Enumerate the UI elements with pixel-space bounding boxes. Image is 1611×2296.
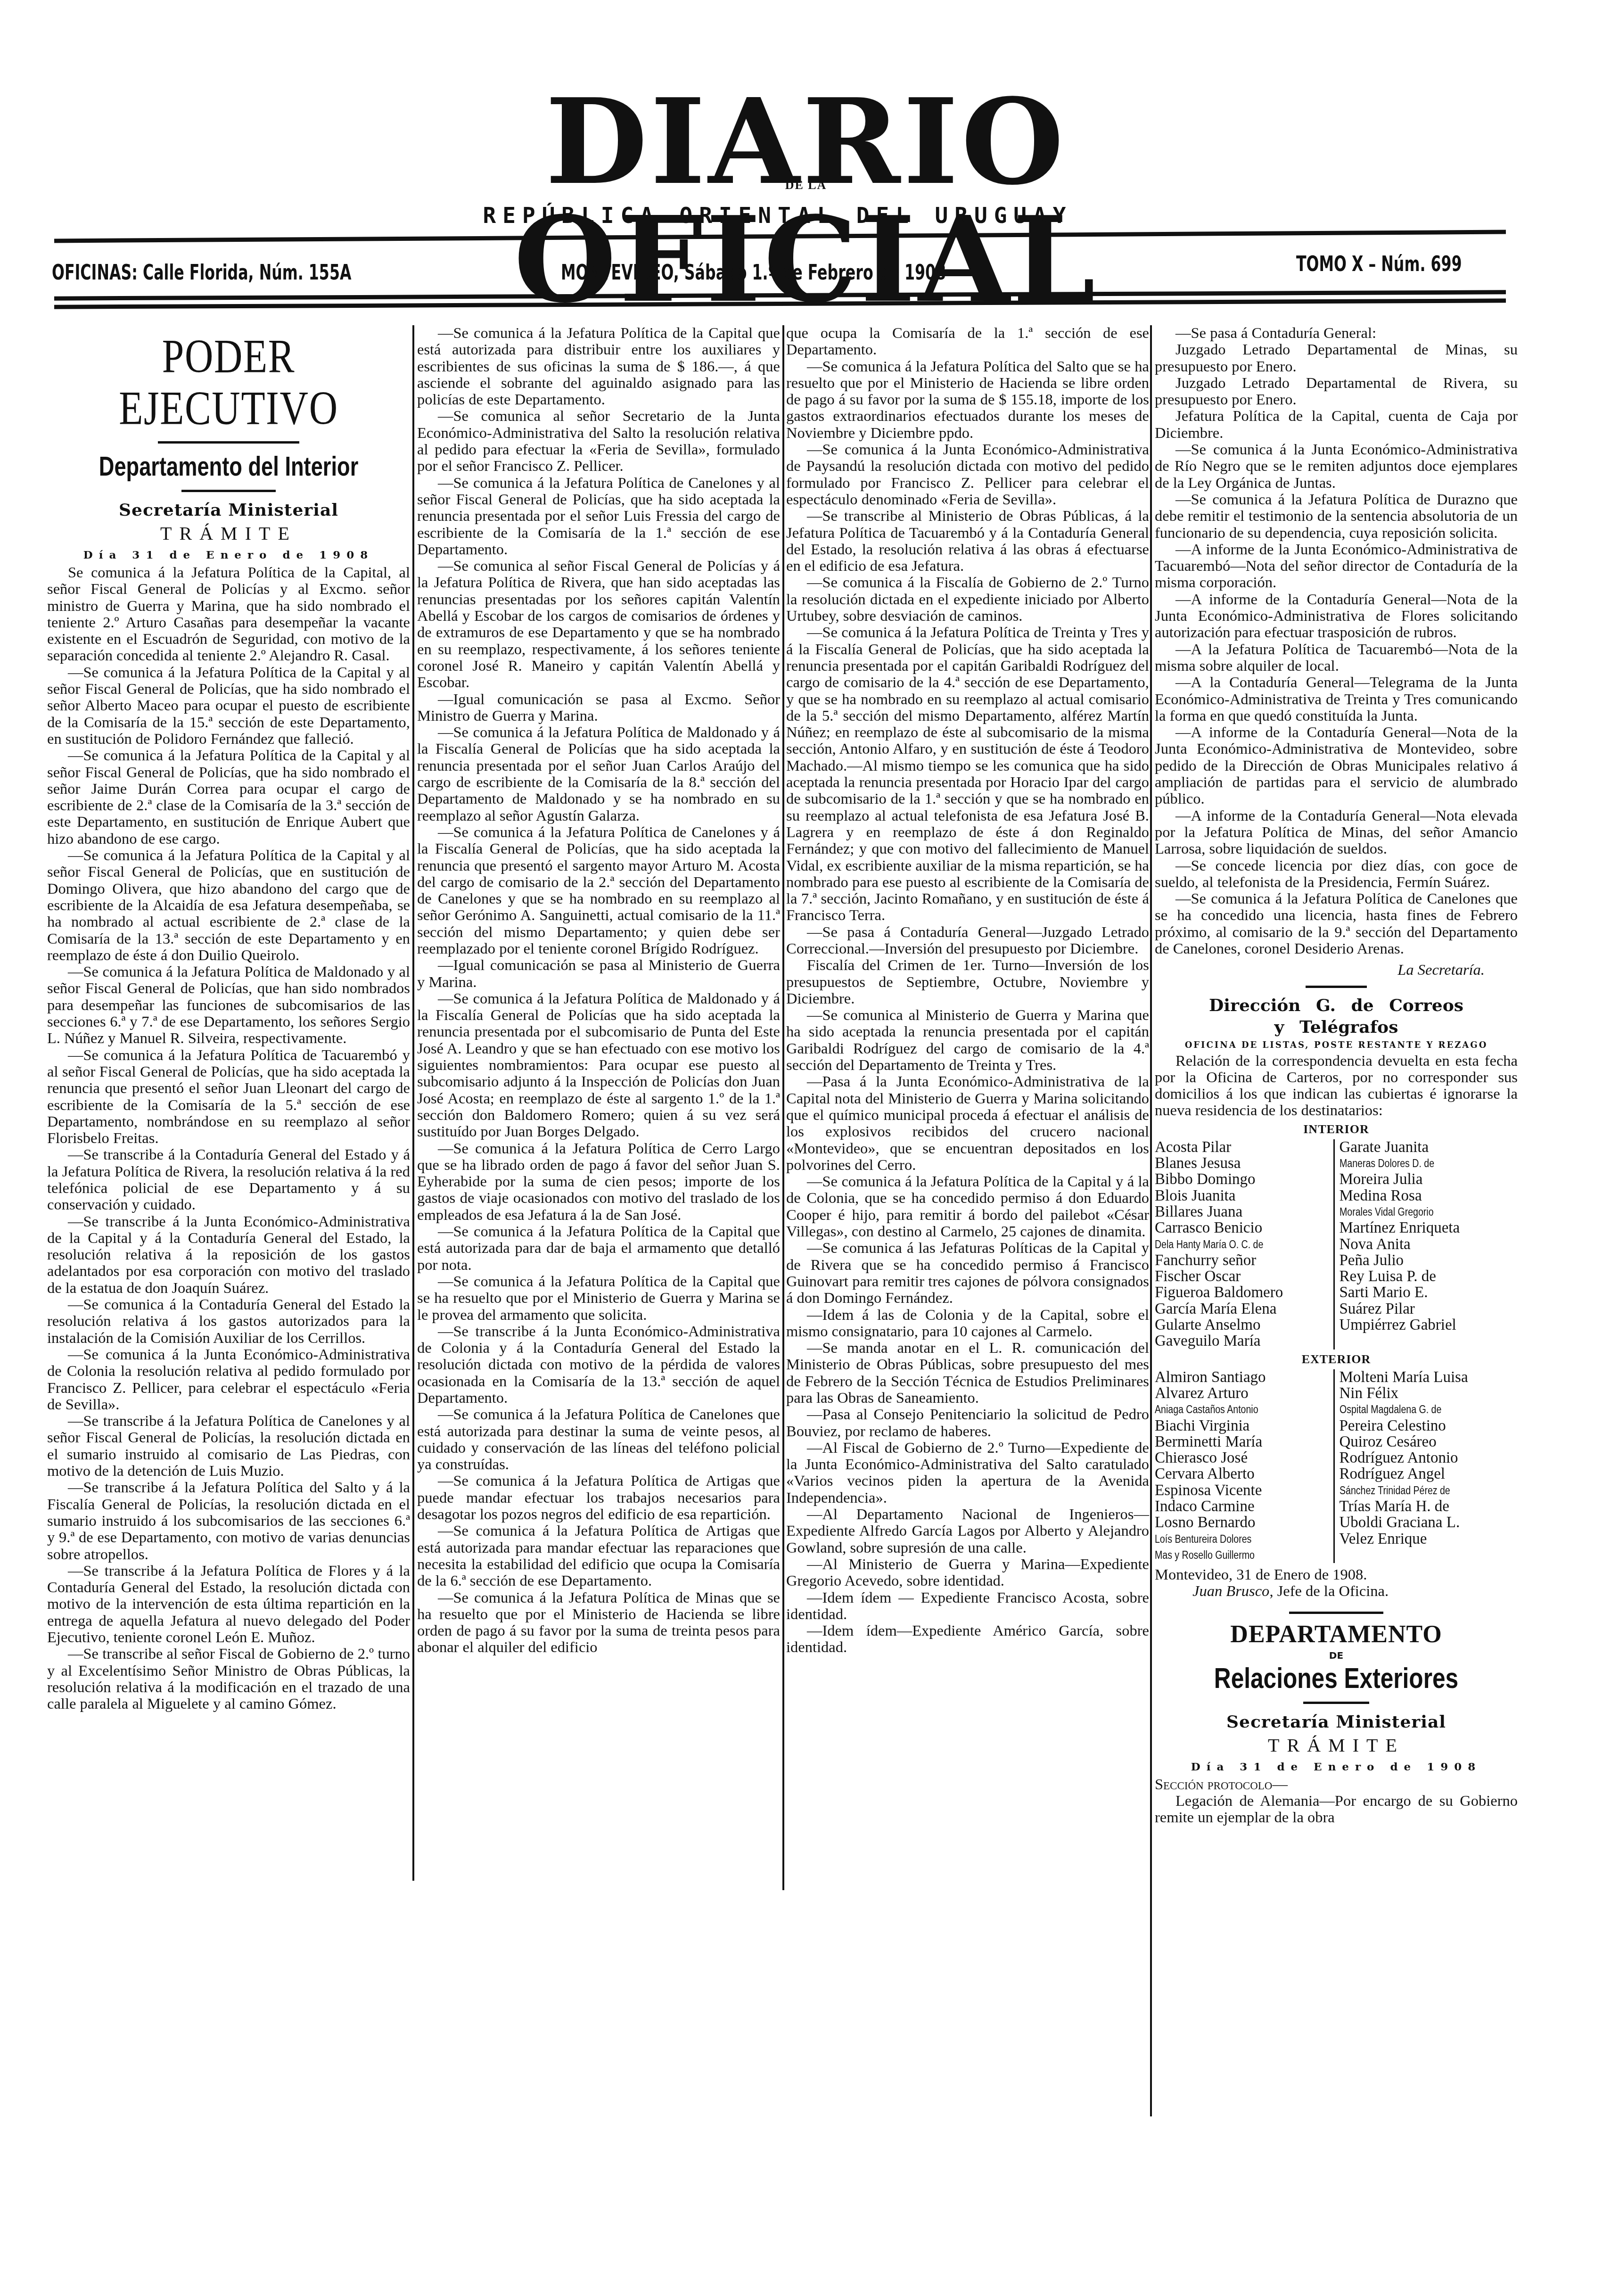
list-item: Dela Hanty María O. C. de [1155, 1236, 1307, 1252]
list-item: Maneras Dolores D. de [1340, 1155, 1491, 1171]
article-paragraph: —Se comunica á la Jefatura Política de M… [417, 1590, 780, 1656]
article-paragraph: —Se comunica á la Jefatura Política de C… [417, 475, 780, 558]
article-paragraph: —Pasa al Consejo Penitenciario la solici… [786, 1407, 1149, 1440]
correos-heading-line2: y Telégrafos [1155, 1016, 1518, 1038]
continued-paragraph: que ocupa la Comisaría de la 1.ª sección… [786, 325, 1149, 359]
article-paragraph: —Se comunica á la Jefatura Política de C… [417, 824, 780, 957]
list-item: Cervara Alberto [1155, 1466, 1333, 1482]
signature-line: Juan Brusco, Jefe de la Oficina. [1155, 1583, 1518, 1600]
article-paragraph: —Se pasa á Contaduría General: [1155, 325, 1518, 342]
article-paragraph: —Al Departamento Nacional de Ingenieros—… [786, 1506, 1149, 1556]
article-paragraph: —Se comunica á la Junta Económico-Admini… [786, 442, 1149, 508]
list-item: García María Elena [1155, 1301, 1333, 1317]
correos-heading-line1: Dirección G. de Correos [1155, 995, 1518, 1016]
list-item: Uboldi Graciana L. [1340, 1514, 1518, 1531]
divider [181, 490, 276, 492]
department-heading: Departamento del Interior [87, 450, 370, 483]
list-item: Umpiérrez Gabriel [1340, 1317, 1518, 1333]
article-paragraph: —Se transcribe á la Jefatura Política de… [47, 1480, 410, 1563]
dateline: MONTEVIDEO, Sábado 1.º de Febrero de 190… [561, 261, 946, 285]
list-item: Peña Julio [1340, 1252, 1518, 1268]
list-item: Loís Bentureira Dolores [1155, 1531, 1307, 1547]
signer-title: , Jefe de la Oficina. [1269, 1583, 1389, 1600]
article-paragraph: —Se comunica á la Jefatura Política de M… [417, 991, 780, 1141]
article-paragraph: —Se manda anotar en el L. R. comunicació… [786, 1340, 1149, 1407]
list-item: Garate Juanita [1340, 1139, 1518, 1155]
list-item: Nin Félix [1340, 1385, 1518, 1401]
article-paragraph: —Se transcribe á la Junta Económico-Admi… [47, 1214, 410, 1297]
list-item: Acosta Pilar [1155, 1139, 1333, 1155]
list-item: Billares Juana [1155, 1204, 1333, 1220]
article-paragraph: —Se comunica al Ministerio de Guerra y M… [786, 1007, 1149, 1074]
article-paragraph: —Se comunica á la Jefatura Política de C… [417, 1407, 780, 1473]
volume-number: TOMO X – Núm. 699 [1296, 252, 1462, 276]
list-item: Carrasco Benicio [1155, 1220, 1333, 1236]
article-paragraph: —Se comunica á la Jefatura Política de T… [786, 625, 1149, 924]
interior-label: INTERIOR [1155, 1119, 1518, 1139]
divider [158, 441, 299, 444]
article-paragraph: —Igual comunicación se pasa al Ministeri… [417, 957, 780, 991]
list-item: Fischer Oscar [1155, 1268, 1333, 1284]
masthead: DIARIO OFICIAL DE LA REPÚBLICA ORIENTAL … [0, 0, 1611, 325]
article-paragraph: Juzgado Letrado Departamental de Minas, … [1155, 342, 1518, 375]
list-item: Alvarez Arturo [1155, 1385, 1333, 1401]
article-paragraph: Legación de Alemania—Por encargo de su G… [1155, 1793, 1518, 1827]
column-1: PODER EJECUTIVO Departamento del Interio… [47, 325, 410, 1712]
article-paragraph: Se comunica á la Jefatura Política de la… [47, 565, 410, 665]
list-item: Indaco Carmine [1155, 1498, 1333, 1514]
column-4: —Se pasa á Contaduría General: Juzgado L… [1155, 325, 1518, 1827]
column-divider-3 [1150, 325, 1152, 2116]
signer-name: Juan Brusco [1192, 1583, 1269, 1600]
correos-office-label: OFICINA DE LISTAS, POSTE RESTANTE Y REZA… [1155, 1038, 1518, 1053]
list-item: Blois Juanita [1155, 1188, 1333, 1204]
article-paragraph: —Se comunica á la Jefatura Política de l… [786, 1174, 1149, 1240]
list-item: Medina Rosa [1340, 1188, 1518, 1204]
list-item: Morales Vidal Gregorio [1340, 1204, 1491, 1220]
list-item: Rey Luisa P. de [1340, 1268, 1518, 1284]
list-item: Moreira Julia [1340, 1171, 1518, 1187]
relaciones-heading-main: Relaciones Exteriores [1191, 1662, 1481, 1695]
list-item: Suárez Pilar [1340, 1301, 1518, 1317]
list-item: Almiron Santiago [1155, 1369, 1333, 1385]
article-paragraph: —Igual comunicación se pasa al Excmo. Se… [417, 691, 780, 725]
exterior-names-list: Almiron Santiago Alvarez Arturo Aniaga C… [1155, 1369, 1518, 1564]
article-paragraph: —Se comunica á la Jefatura Política de l… [417, 1274, 780, 1324]
article-paragraph: —Se comunica á la Contaduría General del… [47, 1297, 410, 1347]
article-paragraph: —Se comunica á la Jefatura Política de C… [1155, 891, 1518, 957]
article-paragraph: —A informe de la Contaduría General—Nota… [1155, 808, 1518, 858]
list-item: Berminetti María [1155, 1434, 1333, 1450]
article-paragraph: —A la Jefatura Política de Tacuarembó—No… [1155, 642, 1518, 675]
list-item: Ospital Magdalena G. de [1340, 1401, 1491, 1417]
list-item: Biachi Virginia [1155, 1418, 1333, 1434]
article-paragraph: —Se transcribe á la Contaduría General d… [47, 1147, 410, 1213]
divider [1306, 986, 1367, 988]
relaciones-heading-de: DE [1155, 1649, 1518, 1662]
article-paragraph: —A la Contaduría General—Telegrama de la… [1155, 675, 1518, 724]
article-paragraph: —Se comunica al señor Fiscal General de … [417, 558, 780, 691]
article-paragraph: —Se comunica á la Junta Económico-Admini… [1155, 442, 1518, 492]
list-item: Quiroz Cesáreo [1340, 1434, 1518, 1450]
list-item: Sarti Mario E. [1340, 1284, 1518, 1300]
list-item: Gaveguilo María [1155, 1333, 1333, 1349]
list-item: Espinosa Vicente [1155, 1482, 1333, 1498]
article-paragraph: —Se pasa á Contaduría General—Juzgado Le… [786, 924, 1149, 958]
article-paragraph: —Se comunica á la Jefatura Política de A… [417, 1523, 780, 1589]
column-3: que ocupa la Comisaría de la 1.ª sección… [786, 325, 1149, 1656]
list-item: Nova Anita [1340, 1236, 1518, 1252]
article-paragraph: —Se comunica á la Jefatura Política de C… [417, 1141, 780, 1224]
article-paragraph: —Se comunica á la Jefatura Política de M… [47, 964, 410, 1047]
article-paragraph: —Se comunica á la Jefatura Política de A… [417, 1473, 780, 1523]
article-paragraph: —Se transcribe á la Jefatura Política de… [47, 1563, 410, 1646]
article-paragraph: —A informe de la Contaduría General—Nota… [1155, 592, 1518, 642]
article-paragraph: —Idem ídem — Expediente Francisco Acosta… [786, 1590, 1149, 1623]
secretaria-heading: Secretaría Ministerial [47, 499, 410, 521]
list-item: Rodríguez Angel [1340, 1466, 1518, 1482]
list-item: Rodríguez Antonio [1340, 1450, 1518, 1466]
exterior-names-right: Molteni María Luisa Nin Félix Ospital Ma… [1333, 1369, 1518, 1564]
column-divider-2 [782, 325, 784, 1890]
list-item: Figueroa Baldomero [1155, 1284, 1333, 1300]
list-item: Molteni María Luisa [1340, 1369, 1518, 1385]
signature-la-secretaria: La Secretaría. [1155, 962, 1518, 979]
relaciones-heading-top: DEPARTAMENTO [1155, 1621, 1518, 1649]
list-item: Mas y Rosello Guillermo [1155, 1547, 1307, 1563]
subtitle-de-la: DE LA [735, 178, 877, 192]
article-paragraph: —Idem ídem—Expediente Américo García, so… [786, 1623, 1149, 1656]
article-paragraph: —Se comunica á la Jefatura Política de l… [47, 848, 410, 964]
list-item: Aniaga Castaños Antonio [1155, 1401, 1307, 1417]
article-paragraph: —Al Ministerio de Guerra y Marina—Expedi… [786, 1556, 1149, 1590]
article-paragraph: —Se transcribe al Ministerio de Obras Pú… [786, 508, 1149, 575]
article-paragraph: —A informe de la Junta Económico-Adminis… [1155, 542, 1518, 592]
article-paragraph: —Se comunica á la Jefatura Política de l… [417, 1224, 780, 1274]
article-paragraph: —Se comunica á la Jefatura Política de D… [1155, 492, 1518, 542]
list-item: Blanes Jesusa [1155, 1155, 1333, 1171]
article-paragraph: —Al Fiscal de Gobierno de 2.º Turno—Expe… [786, 1440, 1149, 1506]
list-item: Sánchez Trinidad Pérez de [1340, 1482, 1491, 1498]
list-item: Chierasco José [1155, 1450, 1333, 1466]
list-item: Gularte Anselmo [1155, 1317, 1333, 1333]
article-paragraph: —Pasa á la Junta Económico-Administrativ… [786, 1074, 1149, 1174]
list-item: Martínez Enriqueta [1340, 1220, 1518, 1236]
article-paragraph: —Se comunica á la Jefatura Política del … [786, 359, 1149, 442]
offices-address: OFICINAS: Calle Florida, Núm. 155A [52, 261, 351, 285]
section-heading-poder-ejecutivo: PODER EJECUTIVO [80, 331, 377, 435]
date-heading: Día 31 de Enero de 1908 [47, 546, 410, 565]
column-divider-1 [412, 325, 414, 1881]
article-paragraph: —A informe de la Contaduría General—Nota… [1155, 724, 1518, 807]
masthead-info-bar: OFICINAS: Calle Florida, Núm. 155A MONTE… [52, 252, 1489, 285]
interior-names-right: Garate Juanita Maneras Dolores D. de Mor… [1333, 1139, 1518, 1350]
relaciones-section-label: Sección protocolo— [1155, 1777, 1518, 1793]
divider [1289, 1612, 1383, 1614]
relaciones-secretaria: Secretaría Ministerial [1155, 1711, 1518, 1733]
interior-names-list: Acosta Pilar Blanes Jesusa Bibbo Domingo… [1155, 1139, 1518, 1350]
article-paragraph: Juzgado Letrado Departamental de Rivera,… [1155, 375, 1518, 409]
place-date: Montevideo, 31 de Enero de 1908. [1155, 1567, 1518, 1583]
article-paragraph: —Se comunica á las Jefaturas Políticas d… [786, 1240, 1149, 1307]
correos-intro: Relación de la correspondencia devuelta … [1155, 1053, 1518, 1119]
list-item: Pereira Celestino [1340, 1418, 1518, 1434]
article-paragraph: —Se comunica á la Jefatura Política de T… [47, 1047, 410, 1147]
relaciones-date: Día 31 de Enero de 1908 [1155, 1758, 1518, 1777]
exterior-names-left: Almiron Santiago Alvarez Arturo Aniaga C… [1155, 1369, 1333, 1564]
column-2: —Se comunica á la Jefatura Política de l… [417, 325, 780, 1656]
list-item: Velez Enrique [1340, 1531, 1518, 1547]
list-item: Fanchurry señor [1155, 1252, 1333, 1268]
article-paragraph: —Se comunica á la Jefatura Política de l… [47, 748, 410, 848]
exterior-label: EXTERIOR [1155, 1350, 1518, 1369]
article-paragraph: —Se transcribe á la Junta Económico-Admi… [417, 1324, 780, 1407]
tramite-heading: TRÁMITE [47, 521, 410, 546]
article-paragraph: Fiscalía del Crimen de 1er. Turno—Invers… [786, 957, 1149, 1007]
subtitle-country: REPÚBLICA ORIENTAL DEL URUGUAY [330, 203, 1225, 228]
article-paragraph: —Se comunica á la Jefatura Política de l… [47, 665, 410, 748]
list-item: Trías María H. de [1340, 1498, 1518, 1514]
article-paragraph: —Se comunica á la Jefatura Política de l… [417, 325, 780, 408]
article-paragraph: —Se comunica al señor Secretario de la J… [417, 408, 780, 475]
article-paragraph: —Se comunica á la Junta Económico-Admini… [47, 1347, 410, 1413]
article-paragraph: —Se transcribe á la Jefatura Política de… [47, 1413, 410, 1480]
article-paragraph: —Idem á las de Colonia y de la Capital, … [786, 1307, 1149, 1341]
article-paragraph: —Se transcribe al señor Fiscal de Gobier… [47, 1646, 410, 1712]
article-paragraph: —Se concede licencia por diez días, con … [1155, 858, 1518, 891]
list-item: Bibbo Domingo [1155, 1171, 1333, 1187]
relaciones-tramite: TRÁMITE [1155, 1733, 1518, 1758]
divider [1303, 1702, 1369, 1704]
article-paragraph: Jefatura Política de la Capital, cuenta … [1155, 408, 1518, 442]
article-paragraph: —Se comunica á la Fiscalía de Gobierno d… [786, 575, 1149, 625]
interior-names-left: Acosta Pilar Blanes Jesusa Bibbo Domingo… [1155, 1139, 1333, 1350]
article-paragraph: —Se comunica á la Jefatura Política de M… [417, 724, 780, 824]
list-item: Losno Bernardo [1155, 1514, 1333, 1531]
